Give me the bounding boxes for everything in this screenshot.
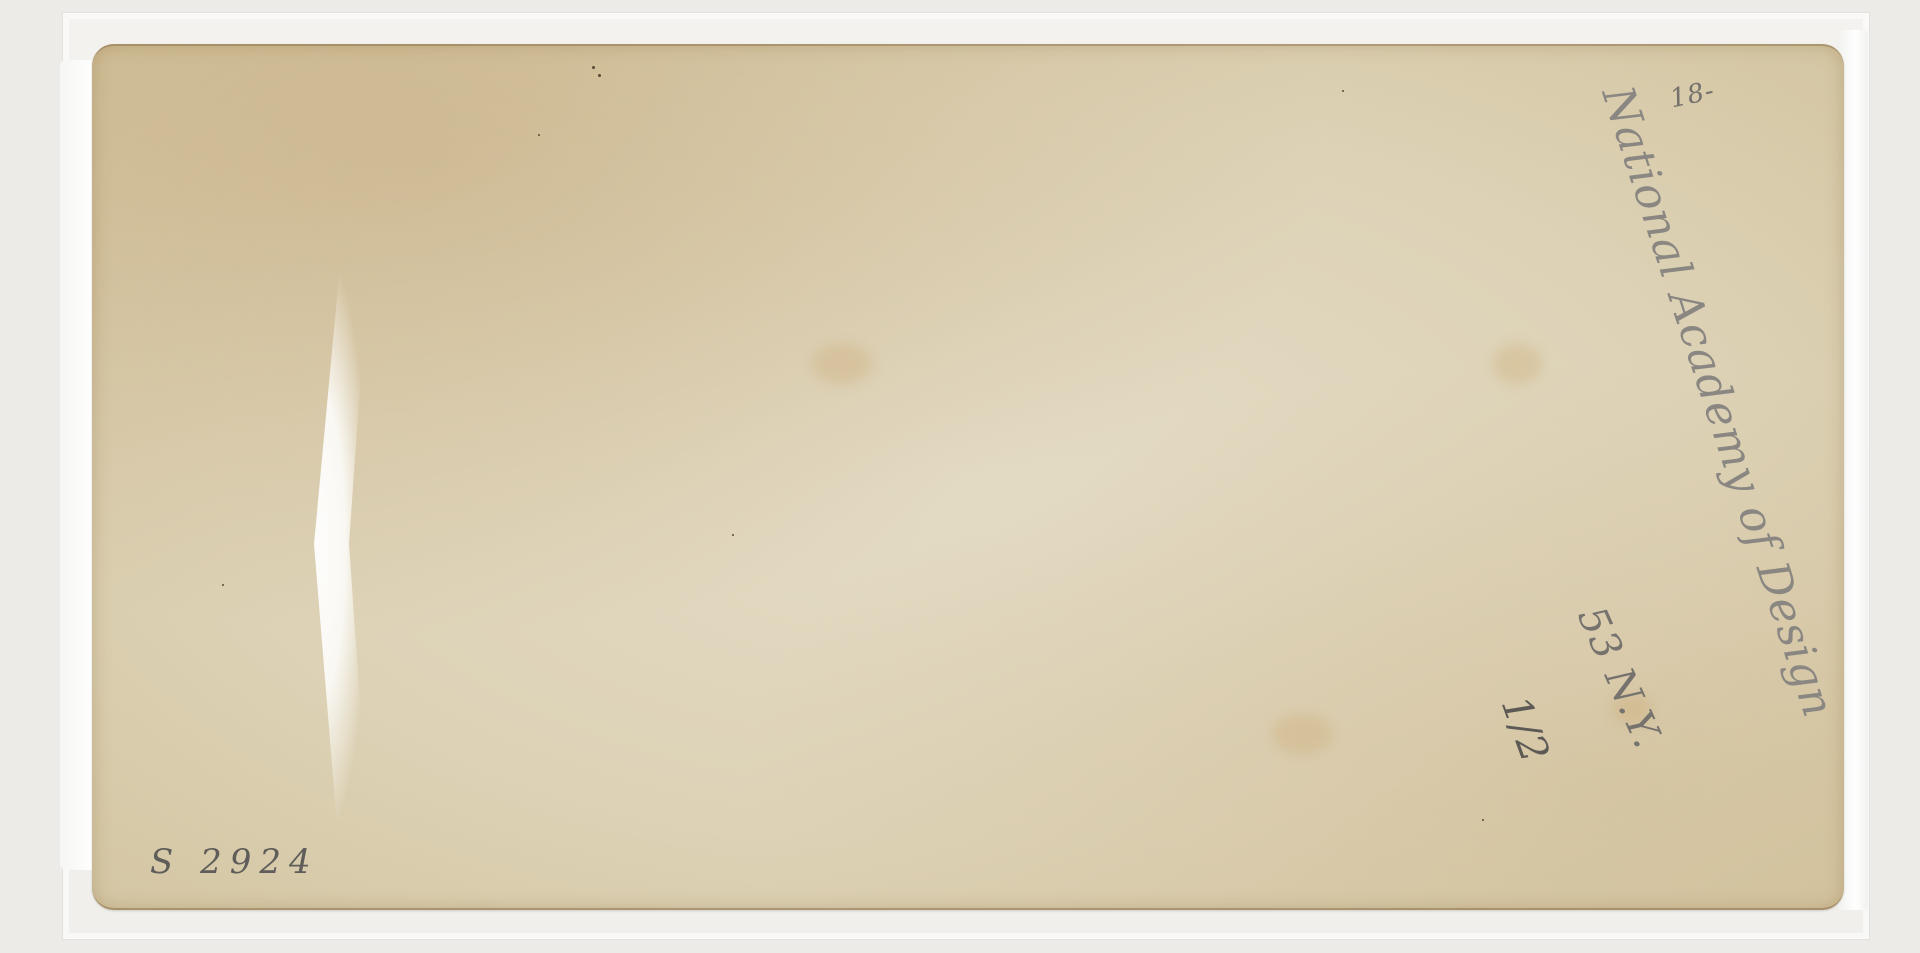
foxing-speck — [1482, 819, 1484, 821]
foxing-speck — [598, 74, 601, 77]
stereoview-card-back — [92, 44, 1844, 910]
age-stain — [1492, 344, 1542, 384]
foxing-speck — [592, 66, 595, 69]
sleeve-glare — [300, 244, 370, 844]
foxing-speck — [732, 534, 734, 536]
foxing-speck — [222, 584, 224, 586]
foxing-speck — [1342, 90, 1344, 92]
foxing-speck — [538, 134, 540, 136]
age-stain — [812, 344, 872, 384]
accession-number: S 2924 — [150, 842, 319, 882]
age-stain — [1272, 714, 1332, 754]
